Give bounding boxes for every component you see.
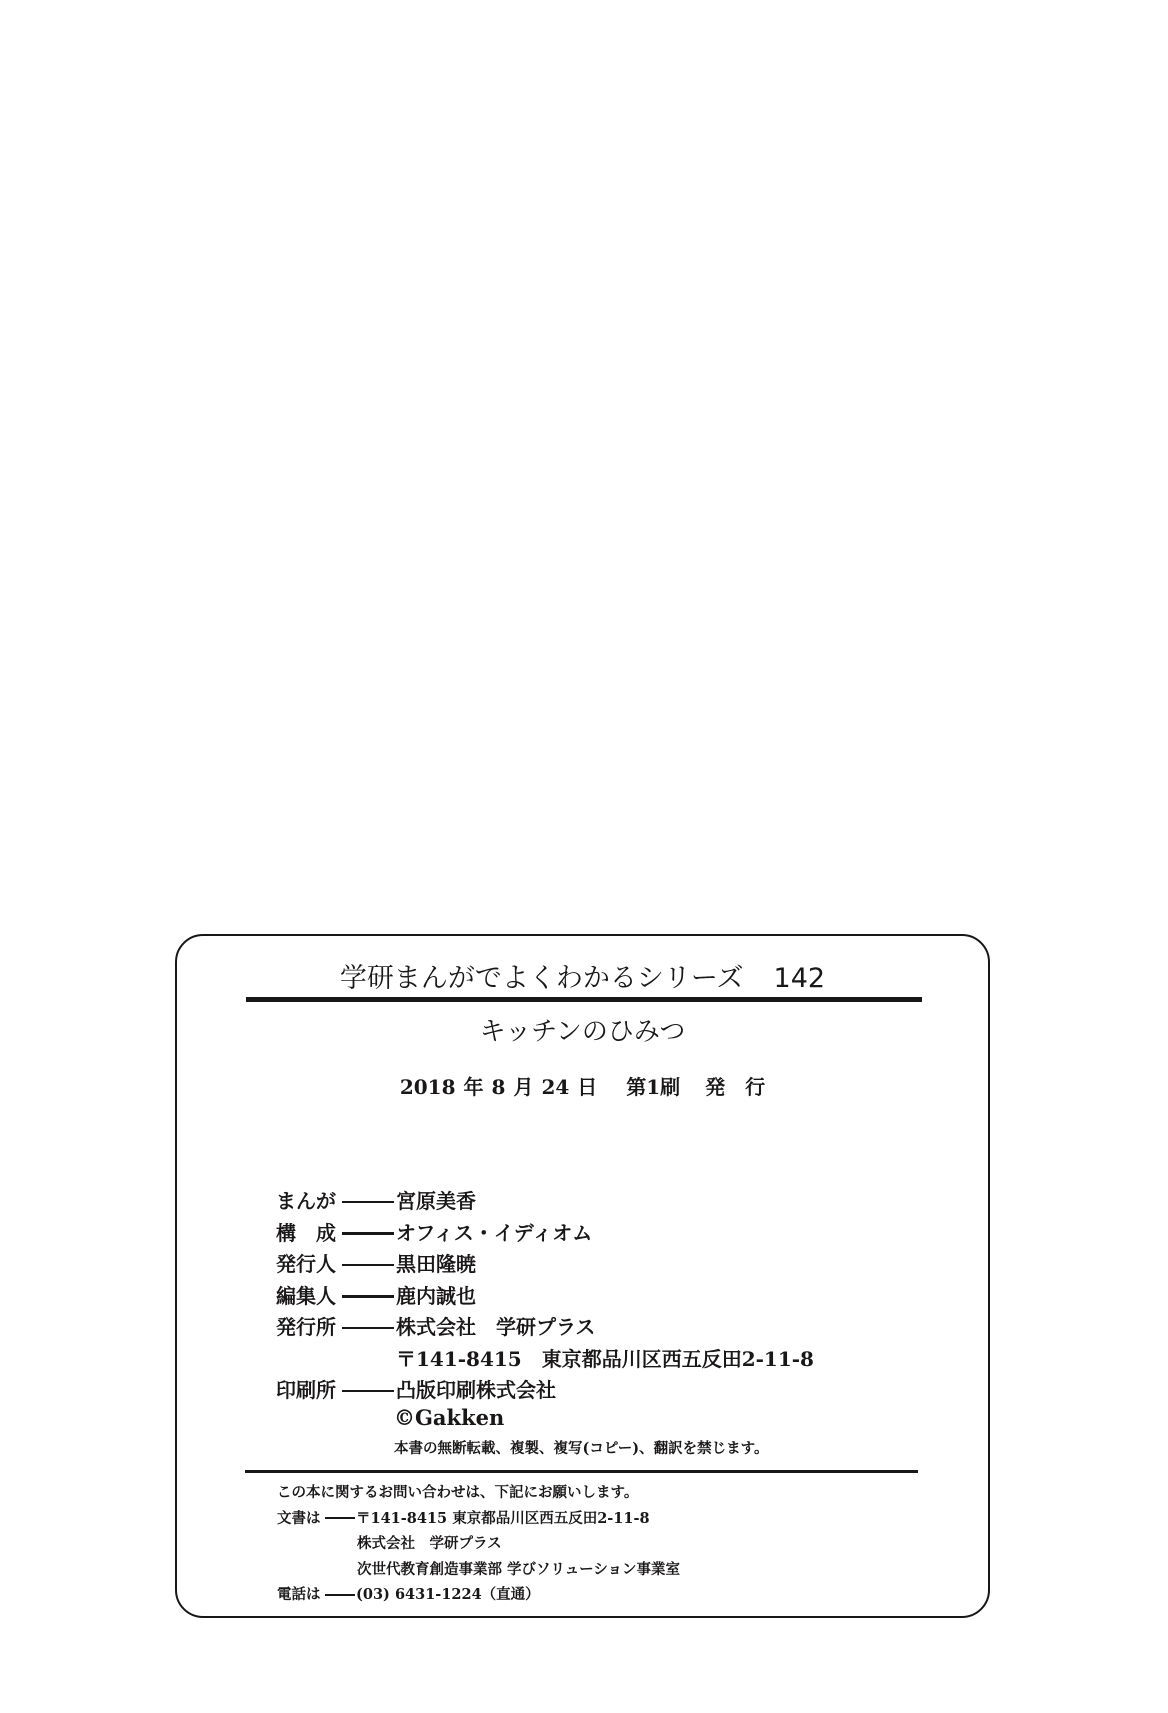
credit-value: 黒田隆暁 [396, 1249, 476, 1281]
contact-phone-label: 電話は [277, 1582, 325, 1608]
credit-value: 凸版印刷株式会社 [396, 1375, 556, 1407]
pub-year: 2018 [400, 1075, 456, 1099]
contact-mail-address: 〒141-8415 東京都品川区西五反田2-11-8 [356, 1506, 650, 1532]
credit-label: 発行人 [276, 1249, 340, 1281]
contact-mail-label: 文書は [277, 1506, 325, 1532]
dash-separator [342, 1201, 394, 1204]
contact-divider [245, 1470, 918, 1473]
contact-mail-row: 文書は 〒141-8415 東京都品川区西五反田2-11-8 [277, 1506, 680, 1532]
prohibition-notice: 本書の無断転載、複製、複写(コピー)、翻訳を禁じます。 [394, 1437, 768, 1458]
title-divider [246, 997, 922, 1002]
credit-value: 宮原美香 [396, 1186, 476, 1218]
dash-separator [325, 1517, 355, 1519]
credit-value: オフィス・イディオム [396, 1218, 592, 1250]
dash-separator [342, 1390, 394, 1393]
colophon-page: 学研まんがでよくわかるシリーズ142 キッチンのひみつ 2018年8月24日 第… [0, 0, 1168, 1713]
credit-row-manga: まんが 宮原美香 [276, 1186, 814, 1218]
pub-day: 24 [541, 1075, 569, 1099]
series-number: 142 [774, 963, 826, 994]
contact-phone: (03) 6431-1224（直通） [356, 1582, 540, 1608]
credit-label: 構 成 [276, 1218, 340, 1250]
credit-row-address: 〒141-8415 東京都品川区西五反田2-11-8 [276, 1344, 814, 1376]
credit-value: 〒141-8415 東京都品川区西五反田2-11-8 [396, 1344, 814, 1376]
publication-date: 2018年8月24日 第1刷 発 行 [175, 1071, 990, 1100]
contact-phone-row: 電話は (03) 6431-1224（直通） [277, 1582, 680, 1608]
copyright: ©Gakken [394, 1405, 504, 1430]
dash-spacer [342, 1358, 394, 1361]
series-name: 学研まんがでよくわかるシリーズ [340, 963, 744, 994]
contact-intro: この本に関するお問い合わせは、下記にお願いします。 [277, 1480, 680, 1506]
credit-label: 印刷所 [276, 1375, 340, 1407]
credit-row-composition: 構 成 オフィス・イディオム [276, 1218, 814, 1250]
credit-row-publisher-person: 発行人 黒田隆暁 [276, 1249, 814, 1281]
book-title: キッチンのひみつ [175, 1011, 990, 1048]
credit-row-publishing-office: 発行所 株式会社 学研プラス [276, 1312, 814, 1344]
pub-month: 8 [492, 1075, 506, 1099]
credit-row-editor: 編集人 鹿内誠也 [276, 1281, 814, 1313]
credits-list: まんが 宮原美香 構 成 オフィス・イディオム 発行人 黒田隆暁 編集人 鹿内誠… [276, 1186, 814, 1407]
series-title: 学研まんがでよくわかるシリーズ142 [175, 956, 990, 995]
dash-separator [342, 1264, 394, 1267]
dash-separator [325, 1594, 355, 1596]
publish-status: 発 行 [705, 1075, 765, 1099]
credit-value: 株式会社 学研プラス [396, 1312, 595, 1344]
credit-row-printer: 印刷所 凸版印刷株式会社 [276, 1375, 814, 1407]
dash-separator [342, 1295, 394, 1298]
contact-company: 株式会社 学研プラス [277, 1531, 680, 1557]
credit-label: 編集人 [276, 1281, 340, 1313]
credit-value: 鹿内誠也 [396, 1281, 476, 1313]
contact-block: この本に関するお問い合わせは、下記にお願いします。 文書は 〒141-8415 … [277, 1480, 680, 1608]
contact-department: 次世代教育創造事業部 学びソリューション事業室 [277, 1557, 680, 1583]
credit-label: 発行所 [276, 1312, 340, 1344]
dash-separator [342, 1327, 394, 1330]
edition: 第1刷 [626, 1075, 680, 1099]
credit-label: まんが [276, 1186, 340, 1218]
dash-separator [342, 1232, 394, 1235]
